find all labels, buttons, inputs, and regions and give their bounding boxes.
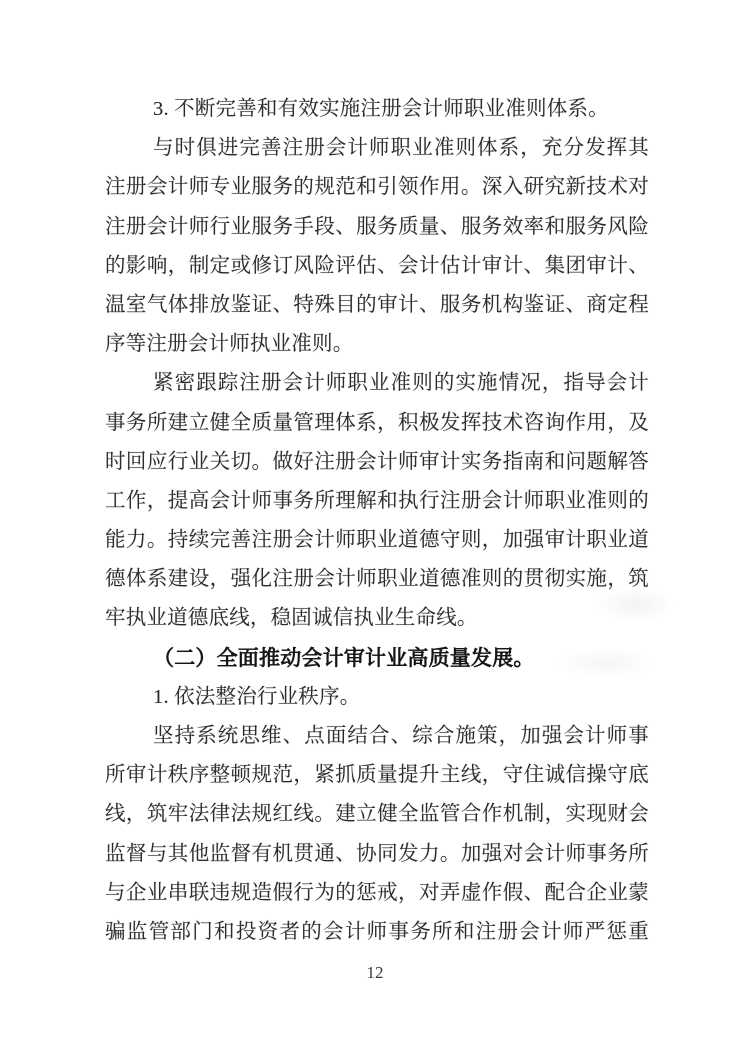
text-line: 温室气体排放鉴证、特殊目的审计、服务机构鉴证、商定程 (105, 286, 649, 325)
text-line: 与时俱进完善注册会计师职业准则体系，充分发挥其对 (105, 129, 649, 168)
numbered-heading: 1. 依法整治行业秩序。 (105, 678, 649, 717)
text-line: 序等注册会计师执业准则。 (105, 325, 649, 364)
text-line: 的影响，制定或修订风险评估、会计估计审计、集团审计、 (105, 247, 649, 286)
text-line: 德体系建设，强化注册会计师职业道德准则的贯彻实施，筑 (105, 560, 649, 599)
numbered-heading: 3. 不断完善和有效实施注册会计师职业准则体系。 (105, 90, 649, 129)
section-heading: （二）全面推动会计审计业高质量发展。 (105, 639, 649, 678)
text-line: 坚持系统思维、点面结合、综合施策，加强会计师事务 (105, 717, 649, 756)
text-line: 监督与其他监督有机贯通、协同发力。加强对会计师事务所 (105, 835, 649, 874)
text-line: 线，筑牢法律法规红线。建立健全监管合作机制，实现财会 (105, 795, 649, 834)
text-line: 时回应行业关切。做好注册会计师审计实务指南和问题解答 (105, 443, 649, 482)
text-line: 紧密跟踪注册会计师职业准则的实施情况，指导会计师 (105, 364, 649, 403)
document-body: 3. 不断完善和有效实施注册会计师职业准则体系。与时俱进完善注册会计师职业准则体… (105, 90, 649, 952)
text-line: 注册会计师行业服务手段、服务质量、服务效率和服务风险 (105, 208, 649, 247)
text-line: 工作，提高会计师事务所理解和执行注册会计师职业准则的 (105, 482, 649, 521)
text-line: 所审计秩序整顿规范，紧抓质量提升主线，守住诚信操守底 (105, 756, 649, 795)
text-line: 与企业串联违规造假行为的惩戒，对弄虚作假、配合企业蒙 (105, 874, 649, 913)
text-line: 注册会计师专业服务的规范和引领作用。深入研究新技术对 (105, 168, 649, 207)
text-line: 牢执业道德底线，稳固诚信执业生命线。 (105, 599, 649, 638)
document-page: 3. 不断完善和有效实施注册会计师职业准则体系。与时俱进完善注册会计师职业准则体… (0, 0, 750, 1060)
text-line: 骗监管部门和投资者的会计师事务所和注册会计师严惩重 (105, 913, 649, 952)
text-line: 事务所建立健全质量管理体系，积极发挥技术咨询作用，及 (105, 404, 649, 443)
text-line: 能力。持续完善注册会计师职业道德守则，加强审计职业道 (105, 521, 649, 560)
page-number: 12 (0, 963, 750, 983)
